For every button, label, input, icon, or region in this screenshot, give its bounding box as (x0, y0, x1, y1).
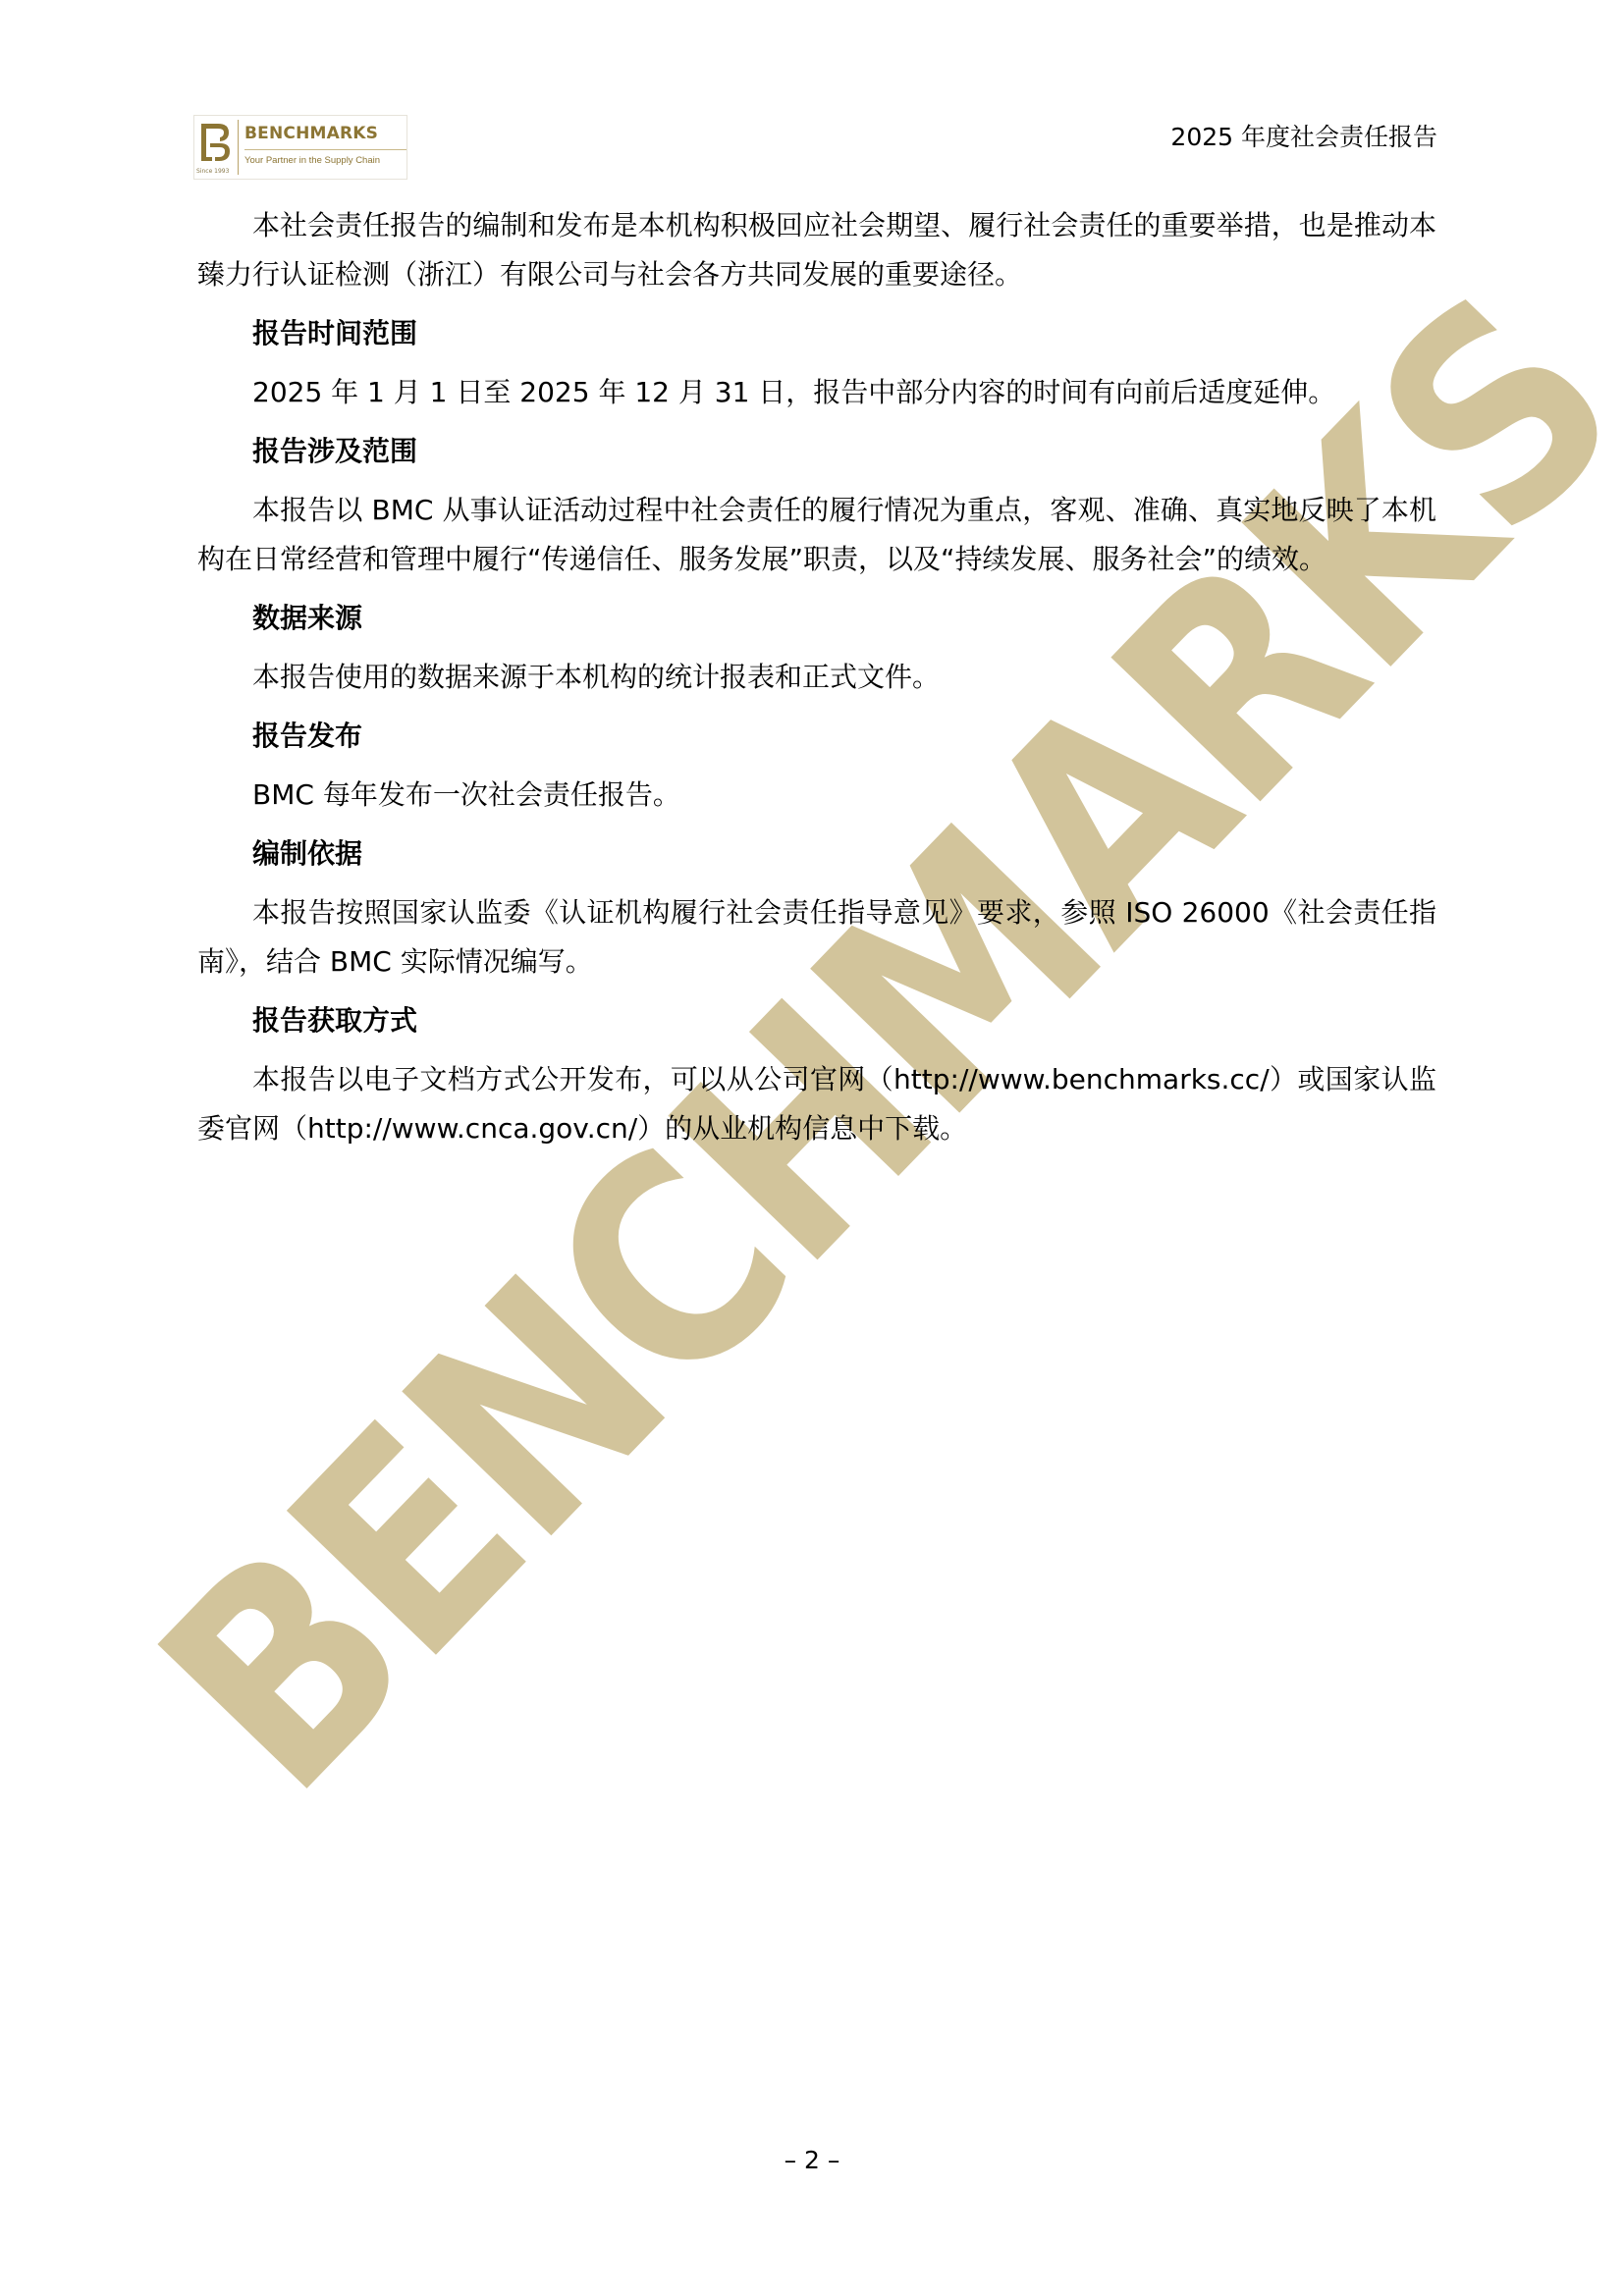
logo-name: BENCHMARKS (244, 116, 406, 150)
section-text-time-range: 2025 年 1 月 1 日至 2025 年 12 月 31 日，报告中部分内容… (197, 368, 1436, 417)
page-number: – 2 – (0, 2143, 1624, 2178)
logo-text: BENCHMARKS Your Partner in the Supply Ch… (239, 116, 406, 179)
section-heading-data-source: 数据来源 (197, 594, 1436, 643)
section-text-publication: BMC 每年发布一次社会责任报告。 (197, 771, 1436, 820)
section-text-data-source: 本报告使用的数据来源于本机构的统计报表和正式文件。 (197, 653, 1436, 702)
section-heading-access: 报告获取方式 (197, 996, 1436, 1045)
intro-paragraph: 本社会责任报告的编制和发布是本机构积极回应社会期望、履行社会责任的重要举措，也是… (197, 201, 1436, 299)
section-text-scope: 本报告以 BMC 从事认证活动过程中社会责任的履行情况为重点，客观、准确、真实地… (197, 486, 1436, 584)
section-heading-basis: 编制依据 (197, 829, 1436, 879)
section-heading-publication: 报告发布 (197, 712, 1436, 761)
section-heading-scope: 报告涉及范围 (197, 427, 1436, 476)
company-logo: Since 1993 BENCHMARKS Your Partner in th… (193, 115, 407, 180)
report-header-title: 2025 年度社会责任报告 (1170, 118, 1437, 157)
logo-since-text: Since 1993 (196, 168, 229, 175)
document-page: BENCHMARKS Since 1993 BENCHMARKS Your Pa… (0, 0, 1624, 2296)
section-text-basis: 本报告按照国家认监委《认证机构履行社会责任指导意见》要求，参照 ISO 2600… (197, 888, 1436, 987)
logo-tagline: Your Partner in the Supply Chain (244, 150, 406, 172)
report-body: 本社会责任报告的编制和发布是本机构积极回应社会期望、履行社会责任的重要举措，也是… (197, 201, 1436, 1153)
bp-monogram-icon (198, 122, 232, 163)
logo-mark-icon: Since 1993 (194, 120, 239, 175)
section-text-access: 本报告以电子文档方式公开发布，可以从公司官网（http://www.benchm… (197, 1055, 1436, 1153)
section-heading-time-range: 报告时间范围 (197, 309, 1436, 358)
